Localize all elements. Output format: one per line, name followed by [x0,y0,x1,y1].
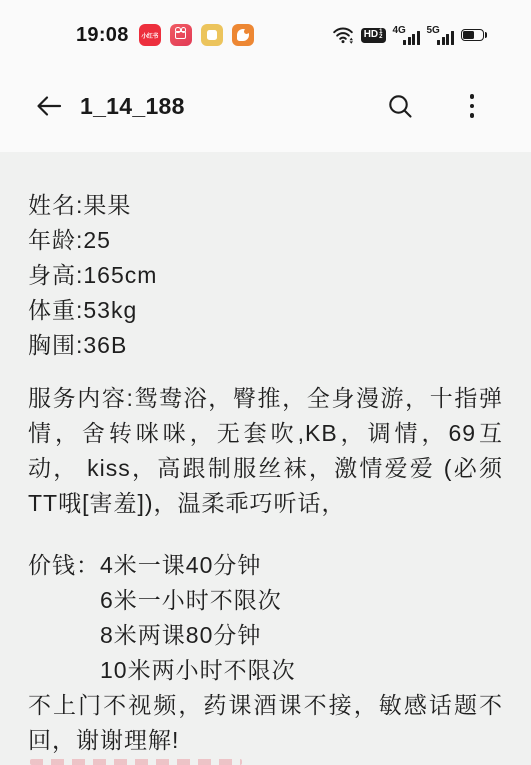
page-title: 1_14_188 [80,93,185,120]
signal-4g-icon: 4G [393,26,420,45]
more-menu-button[interactable] [457,91,487,121]
files-app-icon [201,24,223,46]
notification-icons: 小红书 [139,24,254,46]
battery-fill [463,31,475,39]
hd-label: HD [364,30,378,40]
xiaohongshu-app-icon: 小红书 [139,24,161,46]
video-app-icon [170,24,192,46]
footer-paragraph: 不上门不视频，药课酒课不接，敏感话题不回，谢谢理解! [28,688,503,758]
price-label: 价钱： [28,548,100,583]
camera-glyph [175,31,186,39]
profile-line-bust: 胸围:36B [28,328,503,363]
nav-bar: 1_14_188 [0,60,531,152]
status-bar: 19:08 小红书 HD 12 4G [0,0,531,60]
price-block: 价钱：4米一课40分钟 6米一小时不限次 8米两课80分钟 10米两小时不限次 [28,548,503,688]
signal-5g-bars [437,31,454,45]
nav-actions [385,91,487,121]
search-icon [387,93,413,119]
battery-icon [461,29,488,42]
price-line: 价钱：4米一课40分钟 [28,548,503,583]
signal-4g-bars [403,31,420,45]
profile-line-name: 姓名:果果 [28,188,503,223]
profile-line-weight: 体重:53kg [28,293,503,328]
search-button[interactable] [385,91,415,121]
price-line: 6米一小时不限次 [28,583,503,618]
back-arrow-icon [35,93,63,119]
services-paragraph: 服务内容:鸳鸯浴，臀推，全身漫游，十指弹情，舍转咪咪，无套吹,KB，调情，69互… [28,381,503,521]
signal-5g-icon: 5G [427,26,454,45]
blob-glyph [237,29,249,41]
browser-app-icon [232,24,254,46]
wifi-icon [332,26,354,44]
status-time: 19:08 [76,24,129,47]
profile-line-height: 身高:165cm [28,258,503,293]
price-line: 8米两课80分钟 [28,618,503,653]
phone-screen: 19:08 小红书 HD 12 4G [0,0,531,765]
hd-volte-icon: HD 12 [361,28,386,43]
profile-block: 姓名:果果 年龄:25 身高:165cm 体重:53kg 胸围:36B [28,188,503,363]
price-line: 10米两小时不限次 [28,653,503,688]
profile-line-age: 年龄:25 [28,223,503,258]
back-button[interactable] [34,92,64,120]
xiaohongshu-glyph: 小红书 [141,31,158,40]
status-indicators: HD 12 4G 5G [332,26,487,45]
cutoff-red-text-strip [30,759,242,765]
hd-sim-numbers: 12 [379,30,382,41]
square-glyph [207,30,217,40]
document-content[interactable]: 姓名:果果 年龄:25 身高:165cm 体重:53kg 胸围:36B 服务内容… [0,152,531,765]
kebab-icon [470,94,475,118]
